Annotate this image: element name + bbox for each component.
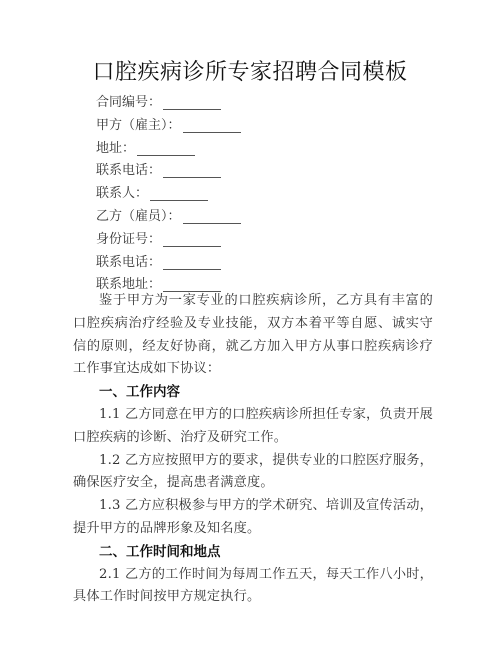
contract-info-fields: 合同编号： 甲方（雇主）： 地址： 联系电话： 联系人： 乙方（雇员）： 身份证… <box>96 92 241 297</box>
fill-in-blank <box>183 209 241 224</box>
fill-in-blank <box>163 232 221 247</box>
field-phone-a: 联系电话： <box>96 160 241 183</box>
field-party-b: 乙方（雇员）： <box>96 206 241 229</box>
field-label: 地址： <box>96 141 135 156</box>
document-page: 口腔疾病诊所专家招聘合同模板 合同编号： 甲方（雇主）： 地址： 联系电话： 联… <box>0 0 500 647</box>
field-phone-b: 联系电话： <box>96 252 241 275</box>
field-label: 乙方（雇员）： <box>96 209 181 224</box>
field-label: 联系电话： <box>96 255 161 270</box>
field-id-number: 身份证号： <box>96 229 241 252</box>
field-label: 联系电话： <box>96 163 161 178</box>
document-title: 口腔疾病诊所专家招聘合同模板 <box>0 58 500 88</box>
field-address: 地址： <box>96 138 241 161</box>
field-contact-person: 联系人： <box>96 183 241 206</box>
clause-1-1: 1.1 乙方同意在甲方的口腔疾病诊所担任专家，负责开展口腔疾病的诊断、治疗及研究… <box>73 404 433 450</box>
fill-in-blank <box>163 255 221 270</box>
fill-in-blank <box>163 163 221 178</box>
field-label: 合同编号： <box>96 95 161 110</box>
clause-1-3: 1.3 乙方应积极参与甲方的学术研究、培训及宣传活动，提升甲方的品牌形象及知名度… <box>73 495 433 541</box>
section-heading-work-time-location: 二、工作时间和地点 <box>73 541 433 564</box>
field-party-a: 甲方（雇主）： <box>96 115 241 138</box>
field-label: 联系人： <box>96 186 148 201</box>
intro-paragraph: 鉴于甲方为一家专业的口腔疾病诊所，乙方具有丰富的口腔疾病治疗经验及专业技能，双方… <box>73 290 433 381</box>
clause-2-1: 2.1 乙方的工作时间为每周工作五天，每天工作八小时，具体工作时间按甲方规定执行… <box>73 564 433 610</box>
clause-1-2: 1.2 乙方应按照甲方的要求，提供专业的口腔医疗服务，确保医疗安全，提高患者满意… <box>73 450 433 496</box>
fill-in-blank <box>137 141 195 156</box>
field-label: 甲方（雇主）： <box>96 118 181 133</box>
section-heading-work-content: 一、工作内容 <box>73 381 433 404</box>
field-label: 身份证号： <box>96 232 161 247</box>
fill-in-blank <box>183 118 241 133</box>
contract-body: 鉴于甲方为一家专业的口腔疾病诊所，乙方具有丰富的口腔疾病治疗经验及专业技能，双方… <box>73 290 433 609</box>
fill-in-blank <box>150 186 208 201</box>
fill-in-blank <box>163 95 221 110</box>
field-contract-number: 合同编号： <box>96 92 241 115</box>
